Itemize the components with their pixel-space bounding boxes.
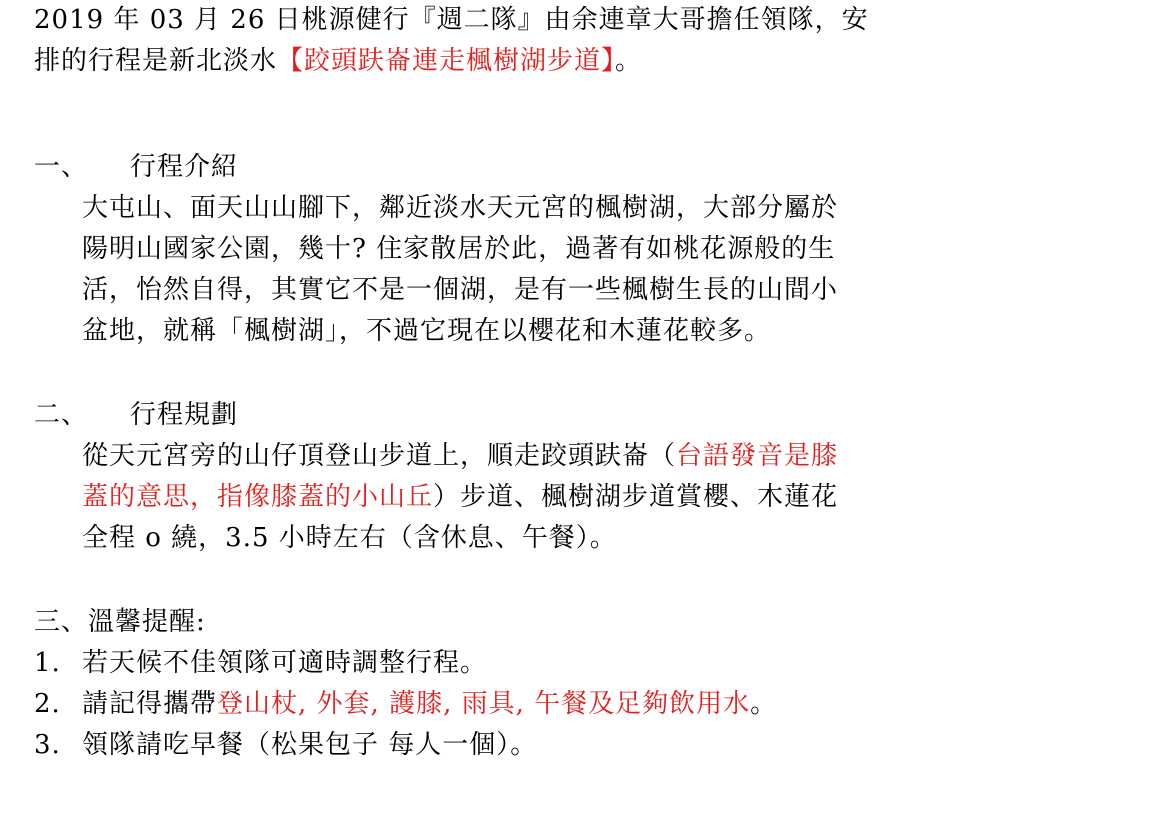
reminder-text: 請記得攜帶 <box>82 689 217 719</box>
reminder-item: 1.若天候不佳領隊可適時調整行程。 <box>34 643 1034 684</box>
gear-list-highlight: 登山杖, 外套, 護膝, 雨具, 午餐及足夠飲用水 <box>217 689 750 719</box>
section3-heading: 三、溫馨提醒: <box>34 602 1034 643</box>
reminder-item: 3.領隊請吃早餐（松果包子 每人一個）。 <box>34 725 1034 766</box>
section1-paragraph-line: 活，怡然自得，其實它不是一個湖，是有一些楓樹生長的山間小 <box>34 270 1034 311</box>
spacer <box>34 559 1034 600</box>
intro-text: 排的行程是新北淡水 <box>34 46 277 76</box>
section1-title: 行程介紹 <box>130 152 238 182</box>
trail-name-highlight: 【跤頭趺崙連走楓樹湖步道】 <box>277 46 615 76</box>
section2-paragraph-line: 全程 o 繞，3.5 小時左右（含休息、午餐）。 <box>34 518 1034 559</box>
reminder-number: 2. <box>34 684 82 725</box>
spacer <box>34 82 1034 123</box>
reminder-number: 3. <box>34 725 82 766</box>
reminder-text: 若天候不佳領隊可適時調整行程。 <box>82 648 487 678</box>
section1-paragraph-line: 陽明山國家公園，幾十? 住家散居於此，過著有如桃花源般的生 <box>34 229 1034 270</box>
spacer <box>34 352 1034 393</box>
route-text: 從天元宮旁的山仔頂登山步道上，順走跤頭趺崙（ <box>82 441 676 471</box>
section2-paragraph-line: 從天元宮旁的山仔頂登山步道上，順走跤頭趺崙（台語發音是膝 <box>34 436 1034 477</box>
reminder-period: 。 <box>750 689 777 719</box>
reminder-number: 1. <box>34 643 82 684</box>
document-body: 2019 年 03 月 26 日桃源健行『週二隊』由余連章大哥擔任領隊，安 排的… <box>34 0 1034 766</box>
section1-paragraph-line: 盆地，就稱「楓樹湖」，不過它現在以櫻花和木蓮花較多。 <box>34 311 1034 352</box>
section1-paragraph-line: 大屯山、面天山山腳下，鄰近淡水天元宮的楓樹湖，大部分屬於 <box>34 188 1034 229</box>
route-text: ）步道、楓樹湖步道賞櫻、木蓮花 <box>433 482 838 512</box>
section2-paragraph-line: 蓋的意思，指像膝蓋的小山丘）步道、楓樹湖步道賞櫻、木蓮花 <box>34 477 1034 518</box>
section2-title: 行程規劃 <box>130 400 238 430</box>
intro-line-1: 2019 年 03 月 26 日桃源健行『週二隊』由余連章大哥擔任領隊，安 <box>34 0 1034 41</box>
taiwanese-note-highlight: 蓋的意思，指像膝蓋的小山丘 <box>82 482 433 512</box>
section2-heading: 二、行程規劃 <box>34 395 1034 436</box>
reminder-item: 2.請記得攜帶登山杖, 外套, 護膝, 雨具, 午餐及足夠飲用水。 <box>34 684 1034 725</box>
reminder-text: 領隊請吃早餐（松果包子 每人一個）。 <box>82 730 537 760</box>
section1-number: 一、 <box>34 147 130 188</box>
intro-line-2: 排的行程是新北淡水【跤頭趺崙連走楓樹湖步道】。 <box>34 41 1034 82</box>
taiwanese-note-highlight: 台語發音是膝 <box>676 441 838 471</box>
section2-number: 二、 <box>34 395 130 436</box>
intro-period: 。 <box>615 46 642 76</box>
section1-heading: 一、行程介紹 <box>34 147 1034 188</box>
